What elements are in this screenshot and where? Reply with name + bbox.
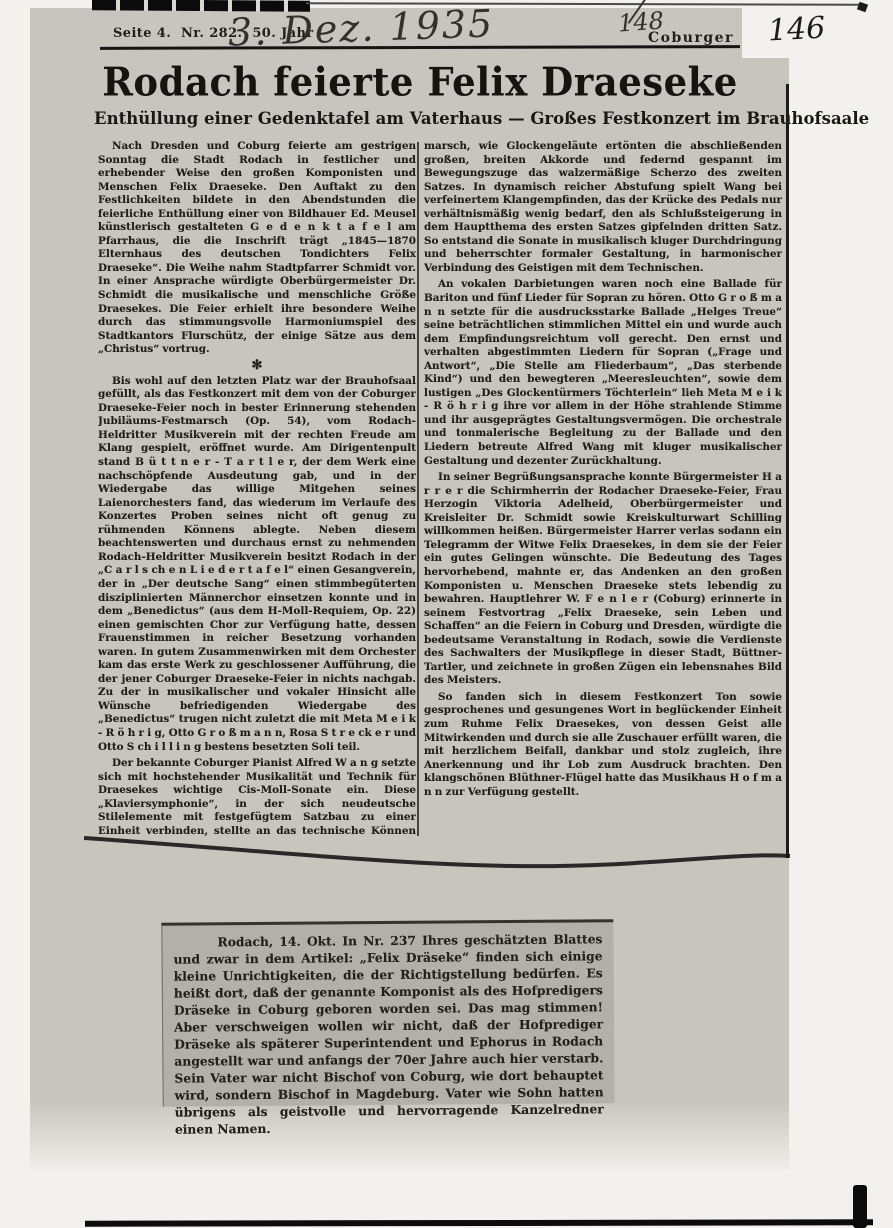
article-left-column: Nach Dresden und Coburg feierte am gestr… [98, 140, 416, 838]
right-scan-blob [853, 1185, 867, 1228]
paragraph: An vokalen Darbietungen waren noch eine … [424, 278, 782, 468]
article-headline: Rodach feierte Felix Draeseke [98, 59, 742, 105]
paragraph: Bis wohl auf den letzten Platz war der B… [98, 375, 416, 754]
top-edge-mark [857, 2, 868, 13]
paragraph: marsch, wie Glockengeläute ertönten die … [424, 140, 782, 275]
paragraph: Nach Dresden und Coburg feierte am gestr… [98, 140, 416, 357]
bottom-scan-bar [85, 1219, 873, 1226]
column-divider [417, 142, 419, 836]
paragraph: In seiner Begrüßungsansprache konnte Bür… [424, 471, 782, 688]
clipping-right-edge-line [786, 84, 789, 858]
margin-page-number: 146 [767, 11, 826, 49]
bottom-clipping-text: Rodach, 14. Okt. In Nr. 237 Ihres geschä… [173, 930, 604, 1137]
masthead-partial: Coburger Z [648, 27, 740, 45]
bottom-clipping: Rodach, 14. Okt. In Nr. 237 Ihres geschä… [161, 919, 614, 1107]
article-right-column: marsch, wie Glockengeläute ertönten die … [424, 140, 782, 850]
paragraph: So fanden sich in diesem Festkonzert Ton… [424, 691, 782, 799]
masthead-partial-text: Coburger Z [648, 30, 740, 45]
torn-edge [82, 824, 794, 874]
article-subheadline: Enthüllung einer Gedenktafel am Vaterhau… [94, 109, 746, 128]
section-separator: ✻ [98, 360, 416, 372]
